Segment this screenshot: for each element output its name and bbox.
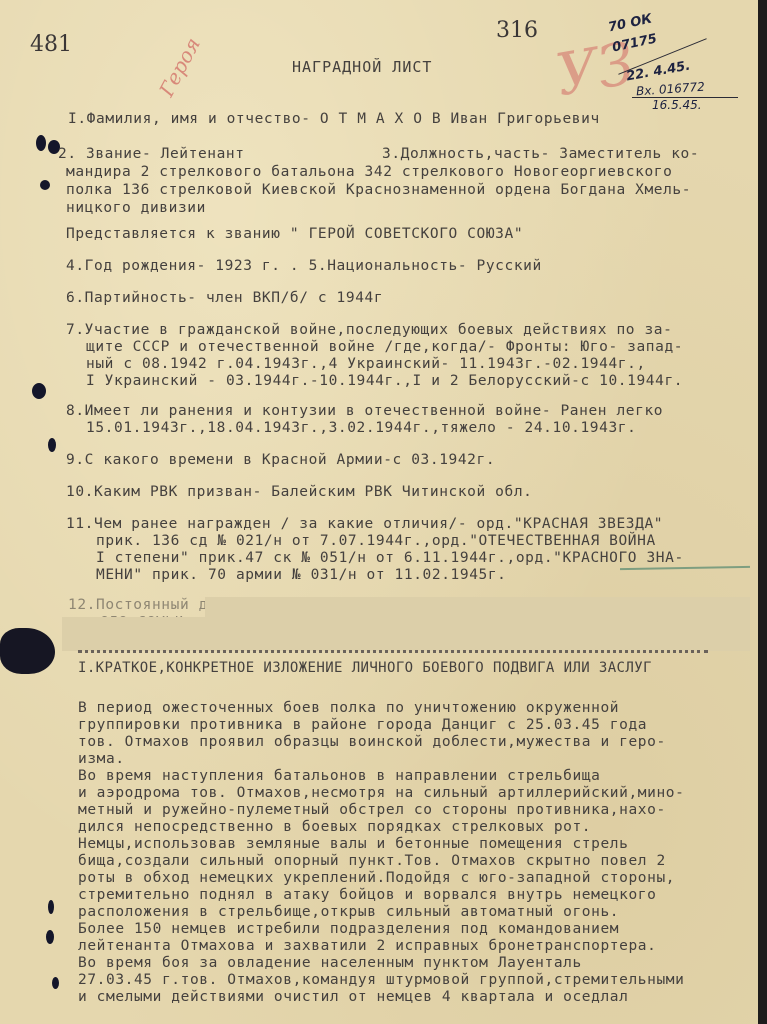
scan-edge (758, 0, 767, 1024)
field-service-since: 9.С какого времени в Красной Армии-с 03.… (66, 452, 495, 468)
stamp-line: 70 ОК (607, 12, 653, 36)
field-wounds: 8.Имеет ли ранения и контузии в отечеств… (66, 403, 663, 419)
narrative-line: группировки противника в районе города Д… (78, 717, 647, 733)
punch-hole-mark (32, 383, 46, 399)
punch-hole-mark (52, 977, 59, 989)
narrative-line: метный и ружейно-пулеметный обстрел со с… (78, 802, 666, 818)
document-title: НАГРАДНОЙ ЛИСТ (292, 58, 432, 76)
field-previous-awards-cont: I степени" прик.47 ск № 051/н от 6.11.19… (96, 550, 684, 566)
award-sheet-page: 481 316 Героя УЗ 70 ОК 07175 22. 4.45. В… (0, 0, 758, 1024)
green-pencil-underline (620, 566, 750, 570)
narrative-line: и смелыми действиями очистил от немцев 4… (78, 989, 628, 1005)
narrative-line: бища,создали сильный опорный пункт.Тов. … (78, 853, 666, 869)
field-previous-awards-cont: МЕНИ" прик. 70 армии № 031/н от 11.02.19… (96, 567, 507, 583)
field-wounds-cont: 15.01.1943г.,18.04.1943г.,3.02.1944г.,тя… (86, 420, 636, 436)
field-previous-awards-cont: прик. 136 сд № 021/н от 7.07.1944г.,орд.… (96, 533, 656, 549)
red-margin-note: Героя (154, 33, 205, 100)
narrative-line: Во время наступления батальонов в направ… (78, 768, 600, 784)
field-drafted-by: 10.Каким РВК призван- Балейским РВК Чити… (66, 484, 533, 500)
field-war-participation: 7.Участие в гражданской войне,последующи… (66, 322, 672, 338)
sheet-number: 316 (496, 18, 538, 43)
punch-hole-mark (40, 180, 50, 190)
field-birth-nationality: 4.Год рождения- 1923 г. . 5.Национальнос… (66, 258, 542, 274)
field-position-cont: ницкого дивизии (66, 200, 206, 216)
punch-hole-mark (46, 930, 54, 944)
archive-number: 481 (30, 32, 72, 57)
narrative-line: Немцы,использовав земляные валы и бетонн… (78, 836, 628, 852)
field-war-participation-cont: щите СССР и отечественной войне /где,ког… (86, 339, 683, 355)
field-position: 3.Должность,часть- Заместитель ко- (382, 146, 699, 162)
stamp-line: Вх. 016772 (636, 80, 706, 99)
punch-hole-mark (48, 900, 54, 914)
punch-hole-mark (36, 135, 46, 151)
redacted-area (62, 617, 750, 651)
narrative-line: тов. Отмахов проявил образцы воинской до… (78, 734, 666, 750)
narrative-line: Во время боя за овладение населенным пун… (78, 955, 582, 971)
ink-blot (0, 628, 55, 674)
field-rank: 2. Звание- Лейтенант (58, 146, 245, 162)
narrative-line: изма. (78, 751, 125, 767)
field-war-participation-cont: I Украинский - 03.1944г.-10.1944г.,I и 2… (86, 373, 683, 389)
redacted-area (205, 597, 750, 617)
narrative-line: стремительно поднял в атаку бойцов и вор… (78, 887, 656, 903)
field-previous-awards: 11.Чем ранее награжден / за какие отличи… (66, 516, 663, 532)
narrative-line: Более 150 немцев истребили подразделения… (78, 921, 619, 937)
stamp-line: 16.5.45. (652, 98, 702, 112)
narrative-line: дился непосредственно в боевых порядках … (78, 819, 591, 835)
narrative-line: 27.03.45 г.тов. Отмахов,командуя штурмов… (78, 972, 684, 988)
section-divider (78, 650, 708, 658)
field-full-name: I.Фамилия, имя и отчество- О Т М А Х О В… (68, 111, 600, 127)
field-position-cont: мандира 2 стрелкового батальона 342 стре… (66, 164, 672, 180)
nomination-line: Представляется к званию " ГЕРОЙ СОВЕТСКО… (66, 226, 523, 242)
field-party: 6.Партийность- член ВКП/б/ с 1944г (66, 290, 383, 306)
narrative-line: В период ожесточенных боев полка по унич… (78, 700, 619, 716)
field-war-participation-cont: ный с 08.1942 г.04.1943г.,4 Украинский- … (86, 356, 646, 372)
narrative-line: и аэродрома тов. Отмахов,несмотря на сил… (78, 785, 684, 801)
narrative-line: лейтенанта Отмахова и захватили 2 исправ… (78, 938, 656, 954)
punch-hole-mark (48, 438, 56, 452)
narrative-line: расположения в стрельбище,открыв сильный… (78, 904, 619, 920)
field-position-cont: полка 136 стрелковой Киевской Краснознам… (66, 182, 691, 198)
narrative-line: роты в обход немецких укреплений.Подойдя… (78, 870, 675, 886)
section-heading: I.КРАТКОЕ,КОНКРЕТНОЕ ИЗЛОЖЕНИЕ ЛИЧНОГО Б… (78, 660, 652, 676)
